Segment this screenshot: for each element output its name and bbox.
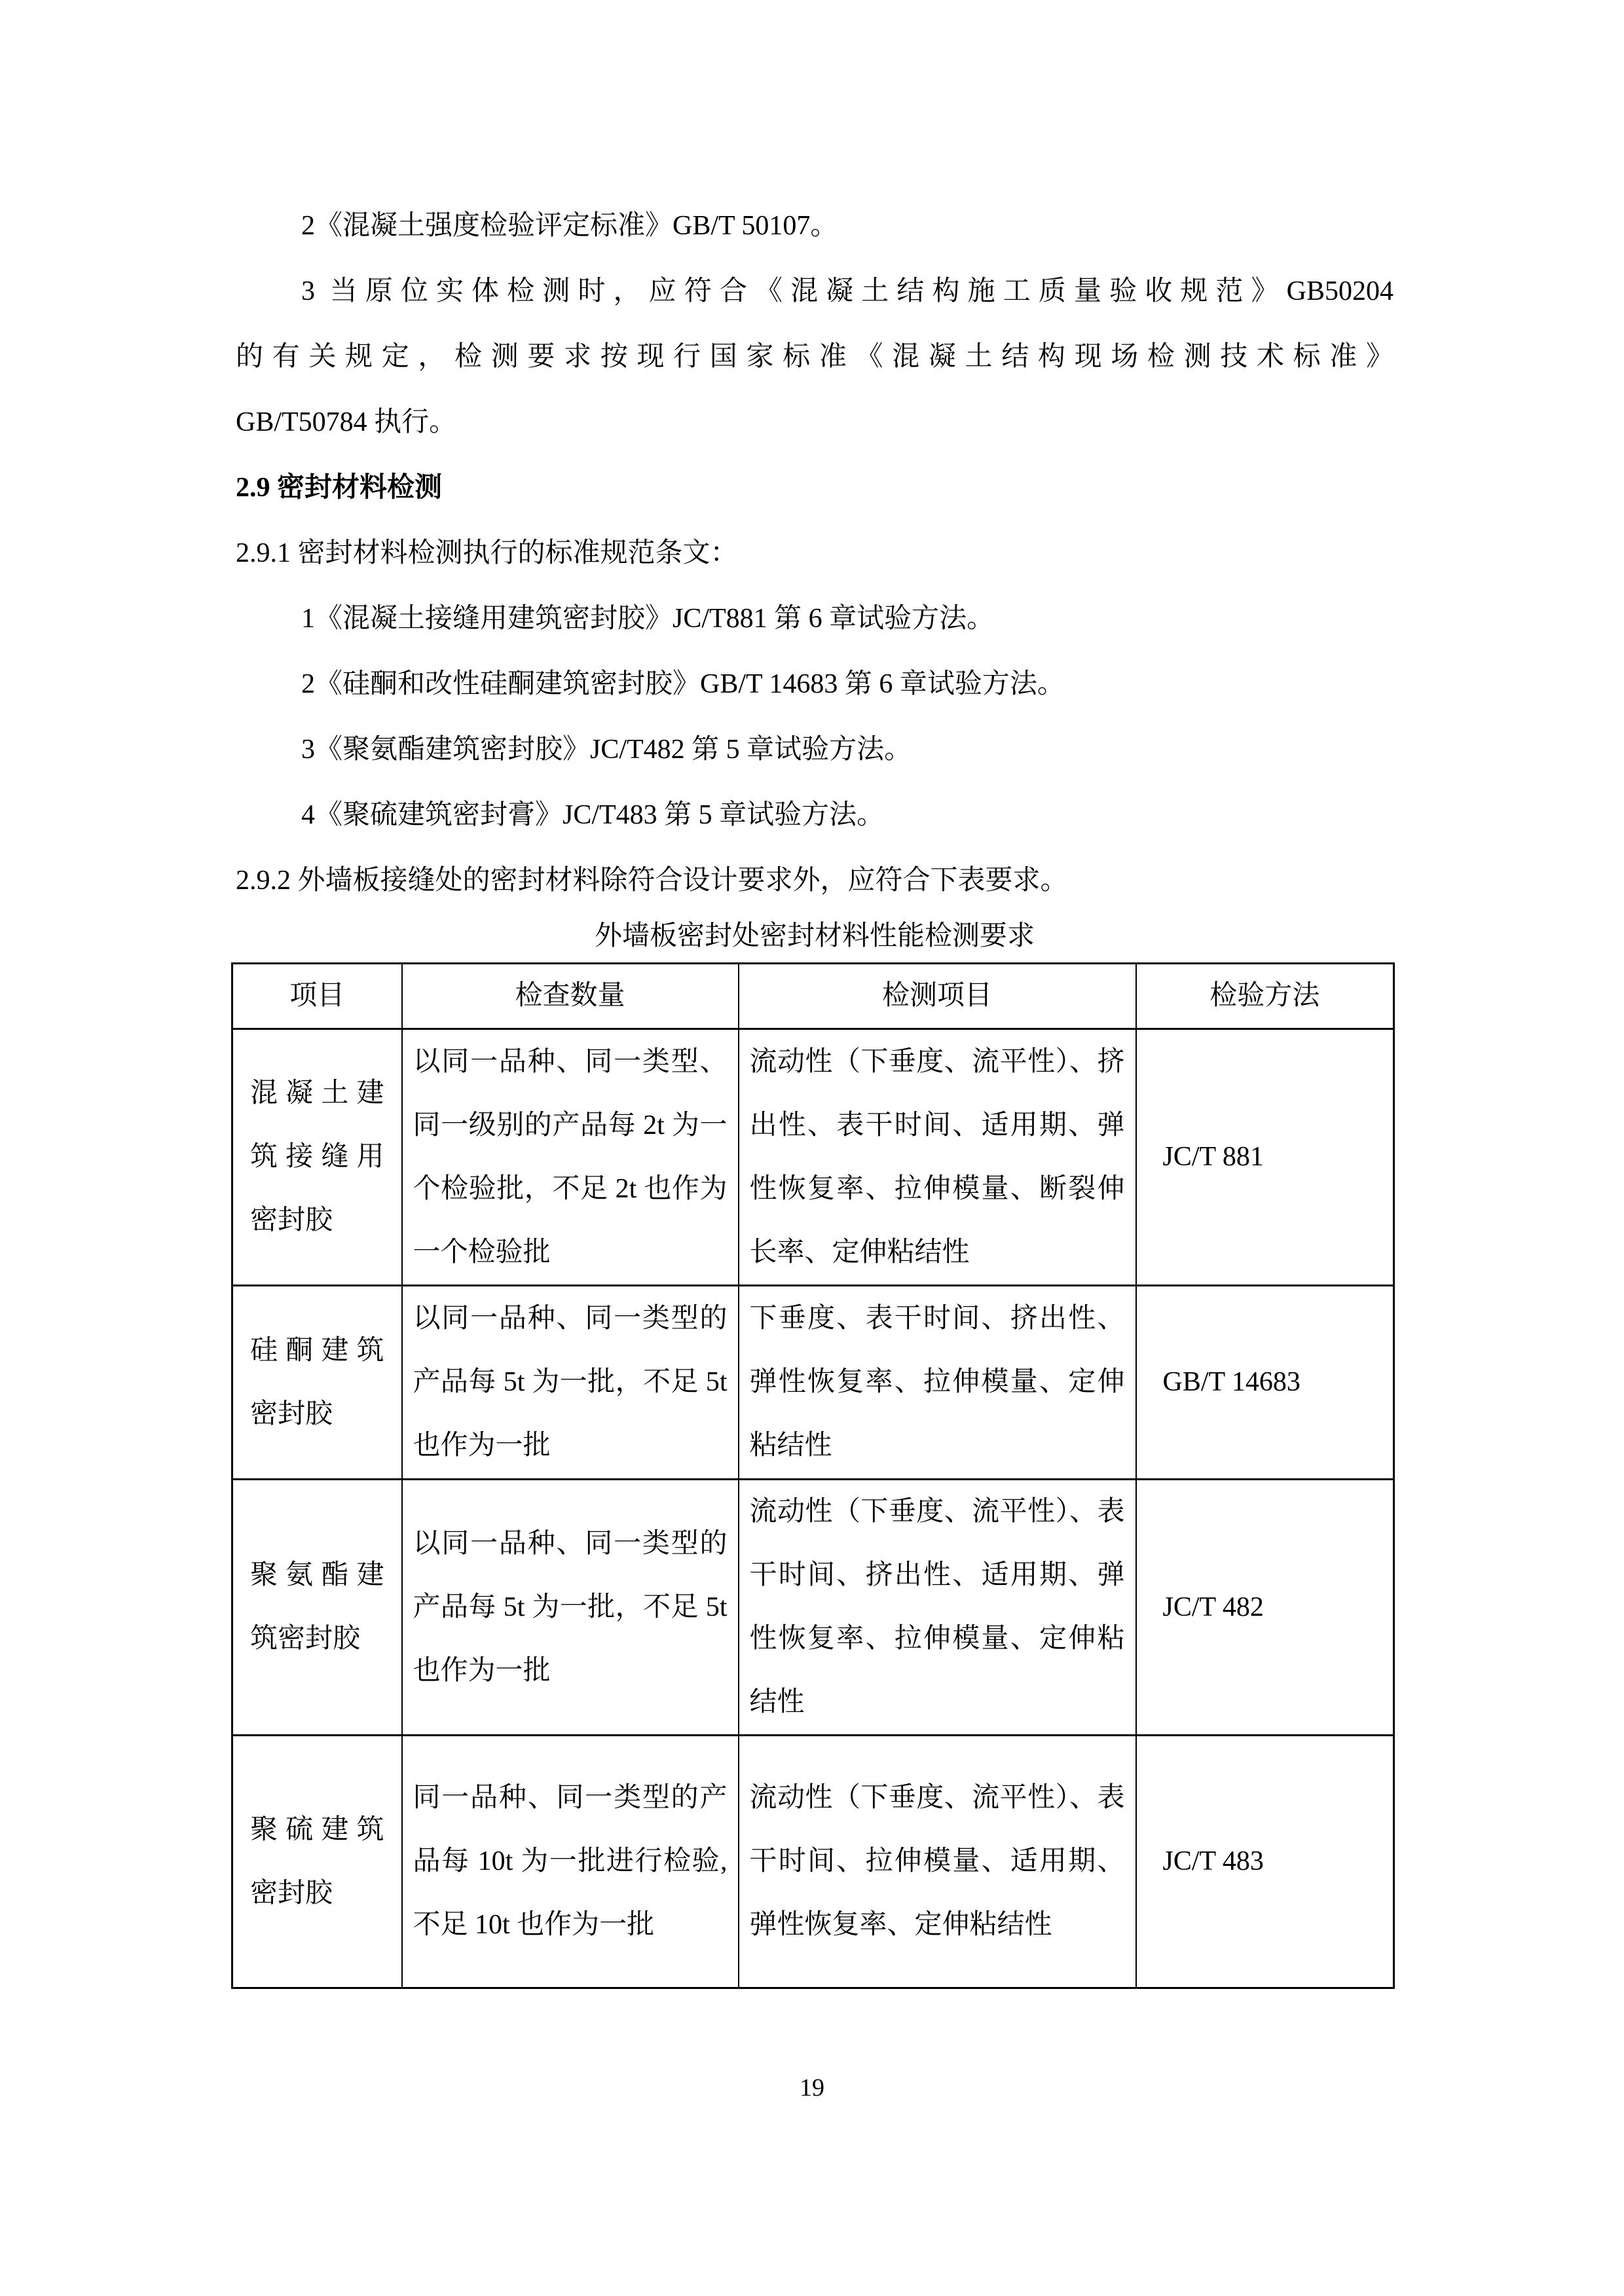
section-heading-2-9: 2.9 密封材料检测	[236, 455, 1393, 520]
cell-tests: 下垂度、表干时间、挤出性、弹性恢复率、拉伸模量、定伸粘结性	[739, 1286, 1136, 1480]
cell-quantity: 以同一品种、同一类型的产品每 5t 为一批，不足 5t 也作为一批	[402, 1286, 739, 1480]
standard-list-item-2: 2《硅酮和改性硅酮建筑密封胶》GB/T 14683 第 6 章试验方法。	[236, 651, 1393, 717]
sealant-spec-table: 项目 检查数量 检测项目 检验方法 混凝土建筑接缝用密封胶 以同一品种、同一类型…	[231, 962, 1395, 1989]
body-line-item3-b: 的有关规定，检测要求按现行国家标准《混凝土结构现场检测技术标准》	[236, 324, 1393, 390]
table-row: 硅酮建筑密封胶 以同一品种、同一类型的产品每 5t 为一批，不足 5t 也作为一…	[232, 1286, 1394, 1480]
cell-quantity: 同一品种、同一类型的产品每 10t 为一批进行检验, 不足 10t 也作为一批	[402, 1736, 739, 1988]
standard-list-item-1: 1《混凝土接缝用建筑密封胶》JC/T881 第 6 章试验方法。	[236, 586, 1393, 651]
page-number: 19	[0, 2072, 1624, 2104]
cell-method: JC/T 483	[1136, 1736, 1394, 1988]
cell-method: JC/T 881	[1136, 1029, 1394, 1286]
body-line-item2: 2《混凝土强度检验评定标准》GB/T 50107。	[236, 193, 1393, 259]
table-caption: 外墙板密封处密封材料性能检测要求	[236, 913, 1393, 959]
cell-item: 混凝土建筑接缝用密封胶	[232, 1029, 402, 1286]
standard-list-item-3: 3《聚氨酯建筑密封胶》JC/T482 第 5 章试验方法。	[236, 717, 1393, 782]
body-line-item3-c: GB/T50784 执行。	[236, 390, 1393, 455]
cell-item: 聚氨酯建筑密封胶	[232, 1480, 402, 1736]
cell-item: 硅酮建筑密封胶	[232, 1286, 402, 1480]
cell-tests: 流动性（下垂度、流平性）、表干时间、挤出性、适用期、弹性恢复率、拉伸模量、定伸粘…	[739, 1480, 1136, 1736]
cell-method: JC/T 482	[1136, 1480, 1394, 1736]
header-cell-item: 项目	[232, 964, 402, 1029]
header-cell-method: 检验方法	[1136, 964, 1394, 1029]
table-header-row: 项目 检查数量 检测项目 检验方法	[232, 964, 1394, 1029]
document-body: 2《混凝土强度检验评定标准》GB/T 50107。 3 当原位实体检测时，应符合…	[236, 193, 1393, 959]
cell-tests: 流动性（下垂度、流平性）、表干时间、拉伸模量、适用期、弹性恢复率、定伸粘结性	[739, 1736, 1136, 1988]
clause-2-9-2: 2.9.2 外墙板接缝处的密封材料除符合设计要求外，应符合下表要求。	[236, 848, 1393, 913]
header-cell-quantity: 检查数量	[402, 964, 739, 1029]
table-row: 聚氨酯建筑密封胶 以同一品种、同一类型的产品每 5t 为一批，不足 5t 也作为…	[232, 1480, 1394, 1736]
standard-list-item-4: 4《聚硫建筑密封膏》JC/T483 第 5 章试验方法。	[236, 782, 1393, 848]
clause-2-9-1: 2.9.1 密封材料检测执行的标准规范条文：	[236, 520, 1393, 586]
body-line-item3-a: 3 当原位实体检测时，应符合《混凝土结构施工质量验收规范》GB50204	[236, 259, 1393, 324]
cell-quantity: 以同一品种、同一类型、同一级别的产品每 2t 为一个检验批，不足 2t 也作为一…	[402, 1029, 739, 1286]
spec-table-container: 项目 检查数量 检测项目 检验方法 混凝土建筑接缝用密封胶 以同一品种、同一类型…	[231, 962, 1395, 1989]
table-row: 聚硫建筑密封胶 同一品种、同一类型的产品每 10t 为一批进行检验, 不足 10…	[232, 1736, 1394, 1988]
cell-method: GB/T 14683	[1136, 1286, 1394, 1480]
table-row: 混凝土建筑接缝用密封胶 以同一品种、同一类型、同一级别的产品每 2t 为一个检验…	[232, 1029, 1394, 1286]
cell-item: 聚硫建筑密封胶	[232, 1736, 402, 1988]
cell-tests: 流动性（下垂度、流平性）、挤出性、表干时间、适用期、弹性恢复率、拉伸模量、断裂伸…	[739, 1029, 1136, 1286]
header-cell-tests: 检测项目	[739, 964, 1136, 1029]
document-page: 2《混凝土强度检验评定标准》GB/T 50107。 3 当原位实体检测时，应符合…	[0, 0, 1624, 2296]
cell-quantity: 以同一品种、同一类型的产品每 5t 为一批，不足 5t 也作为一批	[402, 1480, 739, 1736]
